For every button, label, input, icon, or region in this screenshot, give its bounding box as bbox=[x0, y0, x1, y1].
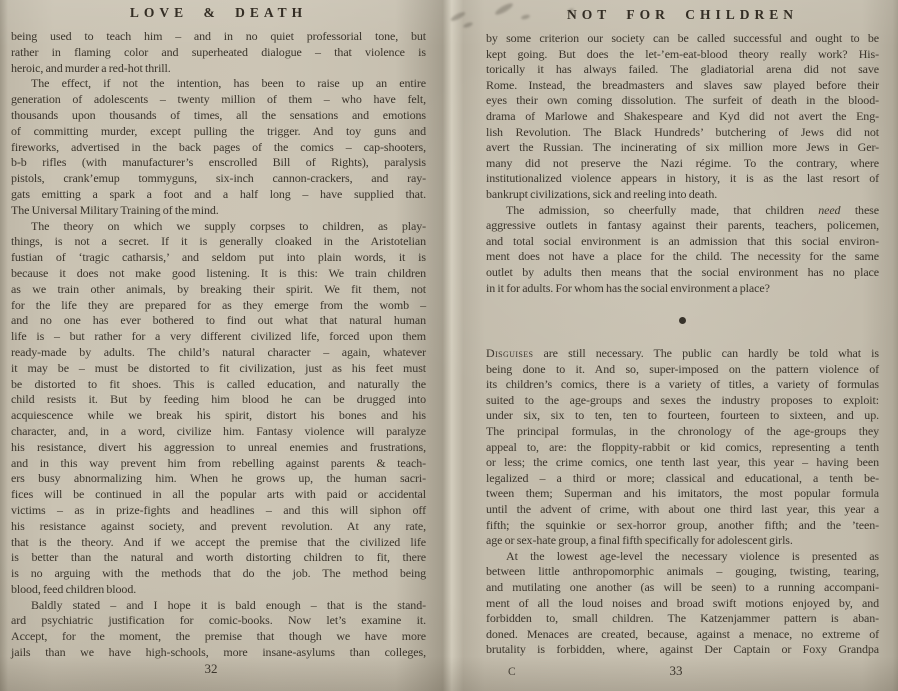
text-line: outlet by adults then means that the soc… bbox=[486, 265, 879, 281]
text-line: fices will be continued in all the popul… bbox=[11, 487, 426, 503]
text-line: between little anthropomorphic animals –… bbox=[486, 564, 879, 580]
text-line: The effect, if not the intention, has be… bbox=[11, 76, 426, 92]
text-line: as we train other animals, by breaking t… bbox=[11, 282, 426, 298]
text-line: ers busy abnormalizing him. When he grow… bbox=[11, 471, 426, 487]
text-line: things, is not a secret. If it is genera… bbox=[11, 234, 426, 250]
paragraph: by some criterion our society can be cal… bbox=[486, 31, 879, 203]
text-line: jails than we have high-schools, more in… bbox=[11, 645, 426, 661]
right-page-text: by some criterion our society can be cal… bbox=[486, 31, 879, 658]
text-line: it may be – must be distorted to fit civ… bbox=[11, 361, 426, 377]
paragraph: The theory on which we supply corpses to… bbox=[11, 219, 426, 598]
text-line: or less; the crime comics, one tenth las… bbox=[486, 455, 879, 471]
text-line: forbidden to, small children. The Katzen… bbox=[486, 611, 879, 627]
text-line: ment does not have a place for the child… bbox=[486, 249, 879, 265]
text-line: fireworks, advertised in the back pages … bbox=[11, 140, 426, 156]
paragraph: The effect, if not the intention, has be… bbox=[11, 76, 426, 218]
text-line: Disguises are still necessary. The publi… bbox=[486, 346, 879, 362]
text-line: The Universal Military Training of the m… bbox=[11, 203, 426, 219]
text-line: drama of Marlowe and Shakespeare and Kyd… bbox=[486, 109, 879, 125]
text-line: brutality is forbidden, where, against D… bbox=[486, 642, 879, 658]
text-line: eyes their own coming dissolution. The s… bbox=[486, 93, 879, 109]
text-line: ment of all the loud noises and broad sw… bbox=[486, 596, 879, 612]
text-line: child resists it. But by feeding him blo… bbox=[11, 392, 426, 408]
pencil-smudge bbox=[450, 11, 466, 23]
text-line: suited to the age-groups and sexes the i… bbox=[486, 393, 879, 409]
text-line: that is the theory. And if we accept the… bbox=[11, 535, 426, 551]
text-line: acquiescence while we break his spirit, … bbox=[11, 408, 426, 424]
text-line: generation of adolescents – twenty milli… bbox=[11, 92, 426, 108]
text-line: bankrupt civilizations, sick and reeling… bbox=[486, 187, 879, 203]
text-line: fustian of ‘tragic catharsis,’ and seldo… bbox=[11, 250, 426, 266]
text-line: and mutilating one another (as will be s… bbox=[486, 580, 879, 596]
text-line: The admission, so cheerfully made, that … bbox=[486, 203, 879, 219]
text-line: fifth; the squinkie or sex-horror group,… bbox=[486, 518, 879, 534]
separator-dot-icon bbox=[679, 317, 686, 324]
text-line: legalized – a third or more; classical a… bbox=[486, 471, 879, 487]
text-line: ard psychiatric justification for comic-… bbox=[11, 613, 426, 629]
text-line: At the lowest age-level the necessary vi… bbox=[486, 549, 879, 565]
running-head-left: LOVE & DEATH bbox=[11, 5, 426, 21]
paragraph: being used to teach him – and in no quie… bbox=[11, 29, 426, 76]
text-line: gats emitting a spark a foot and a half … bbox=[11, 187, 426, 203]
text-line: life is – but rather for a very differen… bbox=[11, 329, 426, 345]
text-line: Baldly stated – and I hope it is bald en… bbox=[11, 598, 426, 614]
book-scan: LOVE & DEATH being used to teach him – a… bbox=[0, 0, 898, 691]
text-line: being done to it. And so, super-imposed … bbox=[486, 362, 879, 378]
text-line: The theory on which we supply corpses to… bbox=[11, 219, 426, 235]
paragraph: Baldly stated – and I hope it is bald en… bbox=[11, 598, 426, 661]
text-line: avert the Russian. The incinerating of s… bbox=[486, 140, 879, 156]
text-line: Rome. Instead, the breadmasters and slav… bbox=[486, 78, 879, 94]
text-line: is better than the natural and worth dis… bbox=[11, 550, 426, 566]
left-page-text: being used to teach him – and in no quie… bbox=[11, 29, 426, 661]
text-line: ready-made by adults. The child’s natura… bbox=[11, 345, 426, 361]
running-head-right: NOT FOR CHILDREN bbox=[486, 7, 879, 23]
text-line: is no arguing with the methods that do t… bbox=[11, 566, 426, 582]
text-line: Accept, for the moment, the premise that… bbox=[11, 629, 426, 645]
text-line: age or sex-hate group, a final fifth spe… bbox=[486, 533, 879, 549]
text-line: be distorted to fit shoes. This is calle… bbox=[11, 377, 426, 393]
paragraph: The admission, so cheerfully made, that … bbox=[486, 203, 879, 297]
page-number-left: 32 bbox=[11, 661, 411, 677]
text-line: and total social environment is an admis… bbox=[486, 234, 879, 250]
section-separator bbox=[486, 312, 879, 328]
text-line: under six, six to ten, ten to fourteen, … bbox=[486, 408, 879, 424]
text-line: until the advent of crime, with about on… bbox=[486, 502, 879, 518]
paragraph: Disguises are still necessary. The publi… bbox=[486, 346, 879, 549]
text-line: heroic, and murder a red-hot thrill. bbox=[11, 61, 426, 77]
text-line: by some criterion our society can be cal… bbox=[486, 31, 879, 47]
text-line: thousands upon thousands of times, all t… bbox=[11, 108, 426, 124]
text-line: in it for adults. For whom has the socia… bbox=[486, 281, 879, 297]
text-line: its children’s comics, there is a variet… bbox=[486, 377, 879, 393]
text-line: lish Revolution. The Black Hundreds’ but… bbox=[486, 125, 879, 141]
text-line: victims – as in prize-fights and headlin… bbox=[11, 503, 426, 519]
text-line: torically it has always failed. The glad… bbox=[486, 62, 879, 78]
text-line: blood, feed children blood. bbox=[11, 582, 426, 598]
pencil-smudge bbox=[463, 21, 474, 28]
text-line: The principal formulas, in the chronolog… bbox=[486, 424, 879, 440]
text-line: being used to teach him – and in no quie… bbox=[11, 29, 426, 45]
text-line: b-b rifles (with manufacturer’s enscroll… bbox=[11, 155, 426, 171]
text-line: pistols, crank’emup tommyguns, six-inch … bbox=[11, 171, 426, 187]
text-line: because it does not make good listening.… bbox=[11, 266, 426, 282]
text-line: of committing murder, except pulling the… bbox=[11, 124, 426, 140]
text-line: appeal to, are: the floppity-rabbit or k… bbox=[486, 440, 879, 456]
text-line: and no one has ever bothered to find out… bbox=[11, 313, 426, 329]
text-line: institutionalized violence appears in hi… bbox=[486, 171, 879, 187]
text-line: many did not preserve the Nazi régime. T… bbox=[486, 156, 879, 172]
text-line: doned. Menaces are created, because, aga… bbox=[486, 627, 879, 643]
text-line: his resistance, divert his aggression to… bbox=[11, 440, 426, 456]
text-line: rather in flaming color and superheated … bbox=[11, 45, 426, 61]
paragraph: At the lowest age-level the necessary vi… bbox=[486, 549, 879, 658]
text-line: aggressive outlets in fantasy against th… bbox=[486, 218, 879, 234]
text-line: and in this way prevent him from rebelli… bbox=[11, 456, 426, 472]
text-line: for the life they are prepared for as th… bbox=[11, 298, 426, 314]
text-line: character, and, in a word, civilize him.… bbox=[11, 424, 426, 440]
text-line: his resistance against society, and prev… bbox=[11, 519, 426, 535]
text-line: tween them; Superman and his imitators, … bbox=[486, 486, 879, 502]
page-number-right: 33 bbox=[486, 663, 866, 679]
text-line: kept going. But does the let-’em-eat-blo… bbox=[486, 47, 879, 63]
